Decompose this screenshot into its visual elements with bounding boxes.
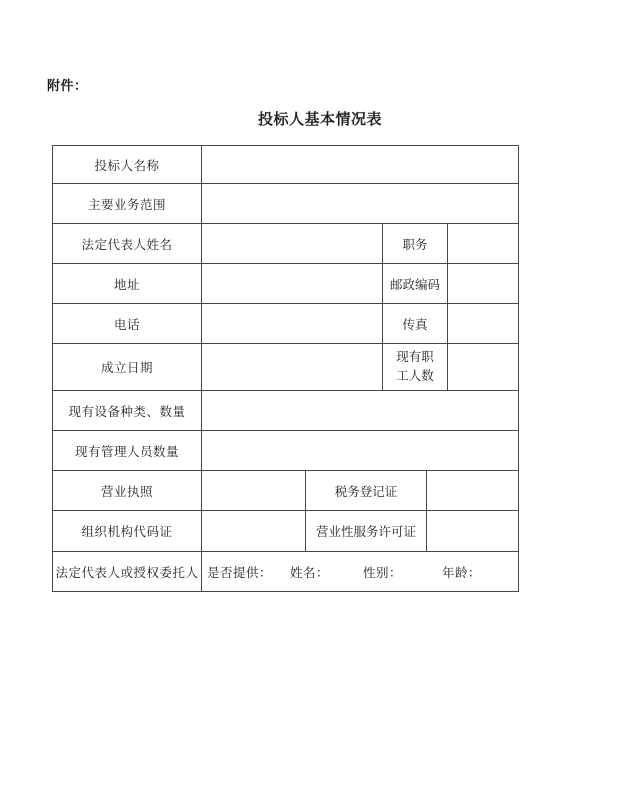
phone-input-cell[interactable]	[202, 304, 383, 344]
table-row: 成立日期 现有职工人数	[53, 344, 519, 391]
fax-input-cell[interactable]	[448, 304, 519, 344]
table-row: 地址 邮政编码	[53, 264, 519, 304]
phone-label-cell: 电话	[53, 304, 202, 344]
table-row: 现有设备种类、数量	[53, 391, 519, 431]
staff-count-input-cell[interactable]	[448, 344, 519, 391]
org-code-cert-label-cell: 组织机构代码证	[53, 511, 202, 552]
business-license-label-cell: 营业执照	[53, 471, 202, 511]
equipment-label-cell: 现有设备种类、数量	[53, 391, 202, 431]
table-row: 组织机构代码证 营业性服务许可证	[53, 511, 519, 552]
tax-cert-label-cell: 税务登记证	[306, 471, 427, 511]
service-license-input-cell[interactable]	[427, 511, 519, 552]
postal-code-label-cell: 邮政编码	[383, 264, 448, 304]
business-scope-input-cell[interactable]	[202, 184, 519, 224]
founding-date-input-cell[interactable]	[202, 344, 383, 391]
founding-date-label-cell: 成立日期	[53, 344, 202, 391]
table-row: 电话 传真	[53, 304, 519, 344]
legal-rep-or-agent-label-cell: 法定代表人或授权委托人	[53, 552, 202, 592]
management-count-input-cell[interactable]	[202, 431, 519, 471]
page-title: 投标人基本情况表	[258, 108, 382, 129]
tax-cert-input-cell[interactable]	[427, 471, 519, 511]
bidder-info-table: 投标人名称 主要业务范围 法定代表人姓名 职务 地址 邮政编码 电话 传真 成立…	[52, 145, 519, 592]
org-code-cert-input-cell[interactable]	[202, 511, 306, 552]
legal-rep-or-agent-fields-cell[interactable]: 是否提供： 姓名： 性别： 年龄：	[202, 552, 519, 592]
postal-code-input-cell[interactable]	[448, 264, 519, 304]
business-license-input-cell[interactable]	[202, 471, 306, 511]
table-row: 营业执照 税务登记证	[53, 471, 519, 511]
address-input-cell[interactable]	[202, 264, 383, 304]
age-field-label: 年龄：	[442, 563, 481, 581]
equipment-input-cell[interactable]	[202, 391, 519, 431]
position-input-cell[interactable]	[448, 224, 519, 264]
table-row: 主要业务范围	[53, 184, 519, 224]
management-count-label-cell: 现有管理人员数量	[53, 431, 202, 471]
table-row: 法定代表人姓名 职务	[53, 224, 519, 264]
address-label-cell: 地址	[53, 264, 202, 304]
table-row: 法定代表人或授权委托人 是否提供： 姓名： 性别： 年龄：	[53, 552, 519, 592]
attachment-label: 附件：	[47, 75, 88, 94]
name-field-label: 姓名：	[290, 563, 329, 581]
position-label-cell: 职务	[383, 224, 448, 264]
service-license-label-cell: 营业性服务许可证	[306, 511, 427, 552]
legal-rep-name-input-cell[interactable]	[202, 224, 383, 264]
table-row: 现有管理人员数量	[53, 431, 519, 471]
staff-count-label-cell: 现有职工人数	[383, 344, 448, 391]
document-page: 附件： 投标人基本情况表 投标人名称 主要业务范围 法定代表人姓名 职务 地址	[0, 0, 618, 800]
legal-rep-name-label-cell: 法定代表人姓名	[53, 224, 202, 264]
provided-field-label: 是否提供：	[207, 563, 272, 581]
business-scope-label-cell: 主要业务范围	[53, 184, 202, 224]
gender-field-label: 性别：	[363, 563, 402, 581]
bidder-name-input-cell[interactable]	[202, 146, 519, 184]
staff-count-label: 现有职工人数	[394, 348, 436, 386]
table-row: 投标人名称	[53, 146, 519, 184]
bidder-name-label-cell: 投标人名称	[53, 146, 202, 184]
fax-label-cell: 传真	[383, 304, 448, 344]
